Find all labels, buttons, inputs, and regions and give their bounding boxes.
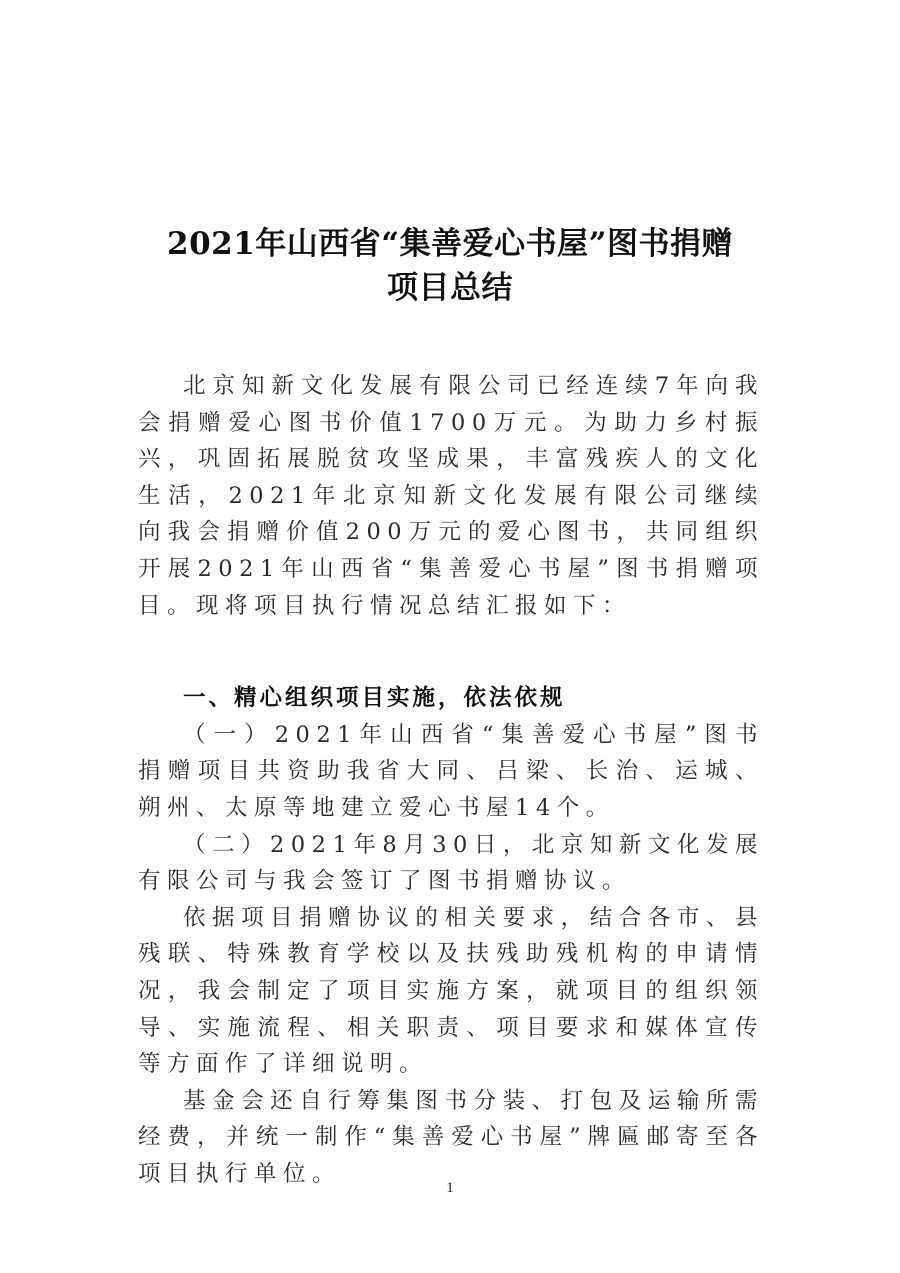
document-page: 2021年山西省“集善爱心书屋”图书捐赠 项目总结 北京知新文化发展有限公司已经… — [0, 0, 900, 1273]
spacer — [138, 624, 764, 680]
section-paragraph-4: 基金会还自行筹集图书分装、打包及运输所需经费，并统一制作“集善爱心书屋”牌匾邮寄… — [138, 1083, 764, 1193]
intro-paragraph: 北京知新文化发展有限公司已经连续7年向我会捐赠爱心图书价值1700万元。为助力乡… — [138, 368, 764, 624]
section-paragraph-1: （一）2021年山西省“集善爱心书屋”图书捐赠项目共资助我省大同、吕梁、长治、运… — [138, 717, 764, 827]
section-paragraph-3: 依据项目捐赠协议的相关要求，结合各市、县残联、特殊教育学校以及扶残助残机构的申请… — [138, 900, 764, 1083]
section-heading: 一、精心组织项目实施，依法依规 — [138, 680, 764, 717]
document-title-line-2: 项目总结 — [0, 266, 900, 310]
document-body: 北京知新文化发展有限公司已经连续7年向我会捐赠爱心图书价值1700万元。为助力乡… — [138, 368, 764, 1192]
page-number: 1 — [0, 1180, 900, 1197]
document-title-line-1: 2021年山西省“集善爱心书屋”图书捐赠 — [0, 222, 900, 266]
section-paragraph-2: （二）2021年8月30日，北京知新文化发展有限公司与我会签订了图书捐赠协议。 — [138, 827, 764, 900]
